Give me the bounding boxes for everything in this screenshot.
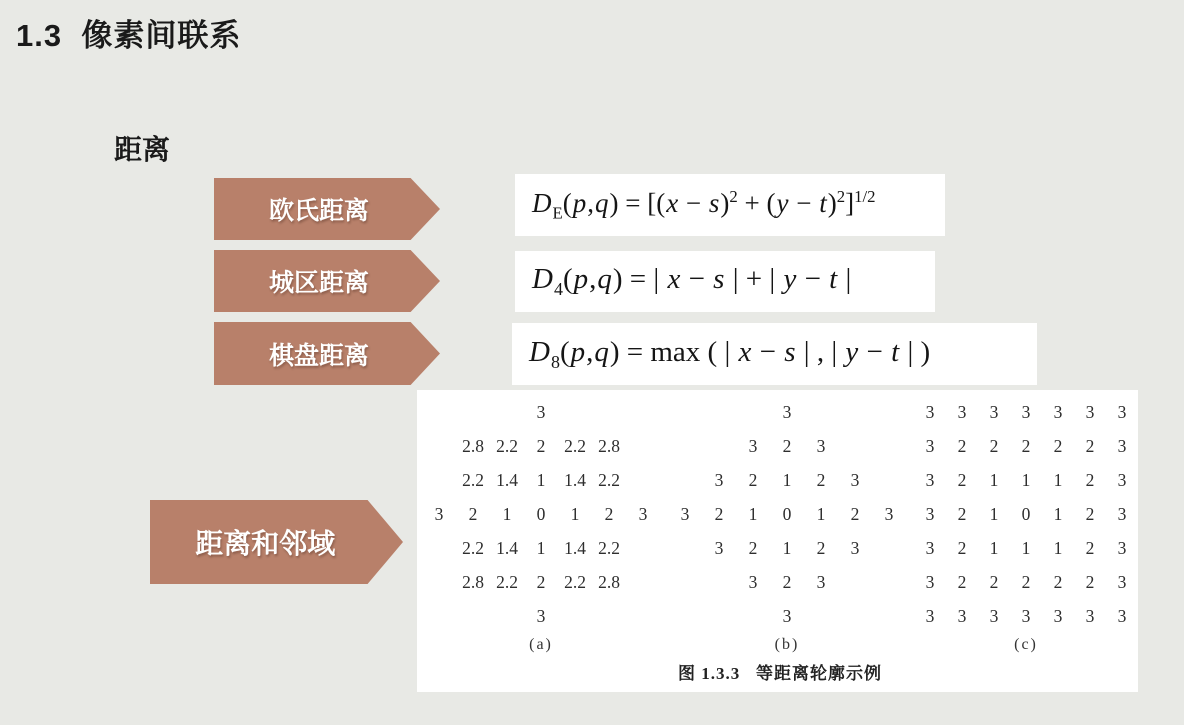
grid-cell: 1: [978, 531, 1010, 565]
grid-cell: 1: [1042, 463, 1074, 497]
grid-cell: [838, 599, 872, 633]
grid-cell: 3: [770, 395, 804, 429]
grid-cell: [804, 599, 838, 633]
grid-cell: 2: [978, 429, 1010, 463]
grid-cell: [490, 395, 524, 429]
grid-cell: 3: [914, 395, 946, 429]
grid-cell: [422, 599, 456, 633]
grid-cell: 2: [978, 565, 1010, 599]
grid-cell: 3: [914, 531, 946, 565]
grid-cell: [736, 395, 770, 429]
grid-cell: 3: [1010, 599, 1042, 633]
grid-cell: [456, 599, 490, 633]
arrow-cityblock-distance-label: 城区距离: [269, 263, 369, 299]
grid-cell: 1: [770, 531, 804, 565]
grid-cell: 2: [770, 429, 804, 463]
grid-cell: 3: [804, 565, 838, 599]
grid-cell: 2.8: [592, 429, 626, 463]
grid-cell: [626, 531, 660, 565]
grid-cell: 2: [946, 429, 978, 463]
grid-cell: 2.2: [592, 531, 626, 565]
grid-cell: 1: [736, 497, 770, 531]
grid-cell: 2.2: [490, 565, 524, 599]
grid-cell: 3: [1106, 497, 1138, 531]
figure-label-c: (c): [1014, 633, 1038, 657]
grid-cell: 3: [422, 497, 456, 531]
grid-cityblock: 3323321233210123321233233: [668, 395, 906, 633]
grid-cell: [490, 599, 524, 633]
grid-cell: 3: [1106, 565, 1138, 599]
figure-label-a: (a): [529, 633, 553, 657]
grid-cell: 2: [770, 565, 804, 599]
grid-cell: [668, 565, 702, 599]
grid-cell: [838, 565, 872, 599]
grid-cell: [702, 429, 736, 463]
formula-euclidean-distance-text: DE(p,q) = [(x − s)2 + (y − t)2]1/2: [531, 187, 876, 223]
grid-cell: 3: [914, 429, 946, 463]
grid-cell: 3: [838, 531, 872, 565]
grid-cell: [668, 395, 702, 429]
formula-cityblock-distance: D4(p,q) = | x − s | + | y − t |: [515, 251, 935, 312]
grid-cell: 1: [524, 463, 558, 497]
grid-cell: 1.4: [490, 531, 524, 565]
figure-distance-contours: 32.82.222.22.82.21.411.42.232101232.21.4…: [417, 390, 1138, 692]
grid-cell: [626, 395, 660, 429]
grid-cell: 3: [736, 429, 770, 463]
grid-cell: 2.2: [490, 429, 524, 463]
grid-cell: 2.8: [456, 565, 490, 599]
grid-cell: 3: [668, 497, 702, 531]
grid-cell: 1: [558, 497, 592, 531]
formula-chessboard-distance-text: D8(p,q) = max ( | x − s | , | y − t | ): [528, 336, 930, 373]
arrow-euclidean-distance: 欧氏距离: [214, 178, 440, 240]
grid-cell: [592, 599, 626, 633]
grid-cell: 2: [524, 565, 558, 599]
grid-cell: [838, 429, 872, 463]
grid-cell: 2: [592, 497, 626, 531]
grid-cell: 3: [946, 395, 978, 429]
grid-cell: 1: [1010, 531, 1042, 565]
grid-cell: [626, 429, 660, 463]
grid-cell: 3: [914, 463, 946, 497]
grid-cell: 1: [978, 463, 1010, 497]
grid-cell: 2: [946, 531, 978, 565]
grid-cell: 2: [456, 497, 490, 531]
grid-cell: 1: [1010, 463, 1042, 497]
grid-cell: 3: [770, 599, 804, 633]
arrow-cityblock-distance: 城区距离: [214, 250, 440, 312]
grid-cell: [872, 599, 906, 633]
grid-cell: 3: [702, 463, 736, 497]
grid-cell: 2: [946, 565, 978, 599]
grid-cell: 2.8: [592, 565, 626, 599]
figure-grids-row: 32.82.222.22.82.21.411.42.232101232.21.4…: [422, 395, 1138, 657]
grid-cell: 2.2: [456, 463, 490, 497]
grid-cell: [702, 599, 736, 633]
grid-cell: 2: [1010, 565, 1042, 599]
grid-cell: [668, 429, 702, 463]
grid-chessboard: 3333333322222332111233210123321112332222…: [914, 395, 1138, 633]
formula-euclidean-distance: DE(p,q) = [(x − s)2 + (y − t)2]1/2: [515, 174, 945, 236]
grid-cell: [626, 599, 660, 633]
grid-cell: 1: [978, 497, 1010, 531]
figure-panel-c: 3333333322222332111233210123321112332222…: [914, 395, 1138, 657]
grid-cell: 2: [838, 497, 872, 531]
grid-cell: 3: [978, 395, 1010, 429]
grid-cell: [668, 463, 702, 497]
grid-cell: [872, 565, 906, 599]
grid-cell: 0: [524, 497, 558, 531]
grid-cell: 3: [1010, 395, 1042, 429]
grid-euclidean: 32.82.222.22.82.21.411.42.232101232.21.4…: [422, 395, 660, 633]
grid-cell: [736, 599, 770, 633]
grid-cell: 3: [702, 531, 736, 565]
figure-label-b: (b): [775, 633, 800, 657]
grid-cell: 2: [1074, 565, 1106, 599]
grid-cell: [838, 395, 872, 429]
arrow-distance-and-neighborhood: 距离和邻域: [150, 500, 403, 584]
arrow-distance-and-neighborhood-label: 距离和邻域: [195, 522, 335, 562]
grid-cell: [422, 463, 456, 497]
grid-cell: 3: [1106, 463, 1138, 497]
grid-cell: 1: [524, 531, 558, 565]
grid-cell: 1: [1042, 497, 1074, 531]
grid-cell: 3: [914, 599, 946, 633]
grid-cell: [422, 531, 456, 565]
grid-cell: 1: [1042, 531, 1074, 565]
grid-cell: 3: [1074, 395, 1106, 429]
grid-cell: 3: [946, 599, 978, 633]
figure-panel-a: 32.82.222.22.82.21.411.42.232101232.21.4…: [422, 395, 660, 657]
grid-cell: [872, 395, 906, 429]
grid-cell: 1.4: [558, 463, 592, 497]
grid-cell: 0: [1010, 497, 1042, 531]
grid-cell: 2: [946, 463, 978, 497]
grid-cell: 1.4: [558, 531, 592, 565]
grid-cell: 2: [1074, 429, 1106, 463]
slide-title: 1.3 像素间联系: [16, 10, 241, 55]
grid-cell: 1: [770, 463, 804, 497]
arrow-euclidean-distance-label: 欧氏距离: [269, 191, 369, 227]
grid-cell: 2: [524, 429, 558, 463]
grid-cell: 3: [978, 599, 1010, 633]
grid-cell: [422, 395, 456, 429]
grid-cell: 2: [946, 497, 978, 531]
grid-cell: [422, 565, 456, 599]
grid-cell: 3: [524, 599, 558, 633]
grid-cell: 0: [770, 497, 804, 531]
grid-cell: 3: [1106, 429, 1138, 463]
grid-cell: 2: [1074, 463, 1106, 497]
grid-cell: [702, 395, 736, 429]
grid-cell: [558, 599, 592, 633]
grid-cell: 2: [1074, 531, 1106, 565]
grid-cell: 3: [1074, 599, 1106, 633]
figure-caption: 图 1.3.3 等距离轮廓示例: [422, 659, 1138, 684]
grid-cell: 3: [872, 497, 906, 531]
section-label-distance: 距离: [114, 128, 170, 168]
grid-cell: [872, 463, 906, 497]
grid-cell: 2.2: [558, 429, 592, 463]
formula-chessboard-distance: D8(p,q) = max ( | x − s | , | y − t | ): [512, 323, 1037, 385]
grid-cell: 2: [804, 531, 838, 565]
grid-cell: [558, 395, 592, 429]
grid-cell: [668, 599, 702, 633]
grid-cell: 2: [736, 531, 770, 565]
grid-cell: 3: [804, 429, 838, 463]
grid-cell: 1.4: [490, 463, 524, 497]
grid-cell: 3: [626, 497, 660, 531]
grid-cell: 2: [1042, 429, 1074, 463]
grid-cell: 1: [804, 497, 838, 531]
grid-cell: [626, 565, 660, 599]
grid-cell: 2: [1074, 497, 1106, 531]
grid-cell: [456, 395, 490, 429]
grid-cell: 2: [1042, 565, 1074, 599]
grid-cell: [872, 429, 906, 463]
grid-cell: 3: [1042, 395, 1074, 429]
grid-cell: [804, 395, 838, 429]
arrow-chessboard-distance-label: 棋盘距离: [269, 336, 369, 372]
grid-cell: 3: [736, 565, 770, 599]
grid-cell: 3: [1106, 531, 1138, 565]
figure-panel-b: 3323321233210123321233233 (b): [668, 395, 906, 657]
grid-cell: 3: [1106, 599, 1138, 633]
grid-cell: [702, 565, 736, 599]
grid-cell: [668, 531, 702, 565]
grid-cell: 3: [838, 463, 872, 497]
grid-cell: 2: [1010, 429, 1042, 463]
grid-cell: 2.8: [456, 429, 490, 463]
grid-cell: 2: [736, 463, 770, 497]
formula-cityblock-distance-text: D4(p,q) = | x − s | + | y − t |: [531, 263, 851, 300]
grid-cell: 3: [914, 497, 946, 531]
grid-cell: 2.2: [558, 565, 592, 599]
grid-cell: 3: [524, 395, 558, 429]
grid-cell: 2: [702, 497, 736, 531]
grid-cell: 2: [804, 463, 838, 497]
grid-cell: 3: [1042, 599, 1074, 633]
grid-cell: 1: [490, 497, 524, 531]
grid-cell: [592, 395, 626, 429]
grid-cell: [872, 531, 906, 565]
arrow-chessboard-distance: 棋盘距离: [214, 322, 440, 385]
grid-cell: [626, 463, 660, 497]
grid-cell: 2.2: [456, 531, 490, 565]
grid-cell: 3: [1106, 395, 1138, 429]
grid-cell: [422, 429, 456, 463]
grid-cell: 3: [914, 565, 946, 599]
grid-cell: 2.2: [592, 463, 626, 497]
